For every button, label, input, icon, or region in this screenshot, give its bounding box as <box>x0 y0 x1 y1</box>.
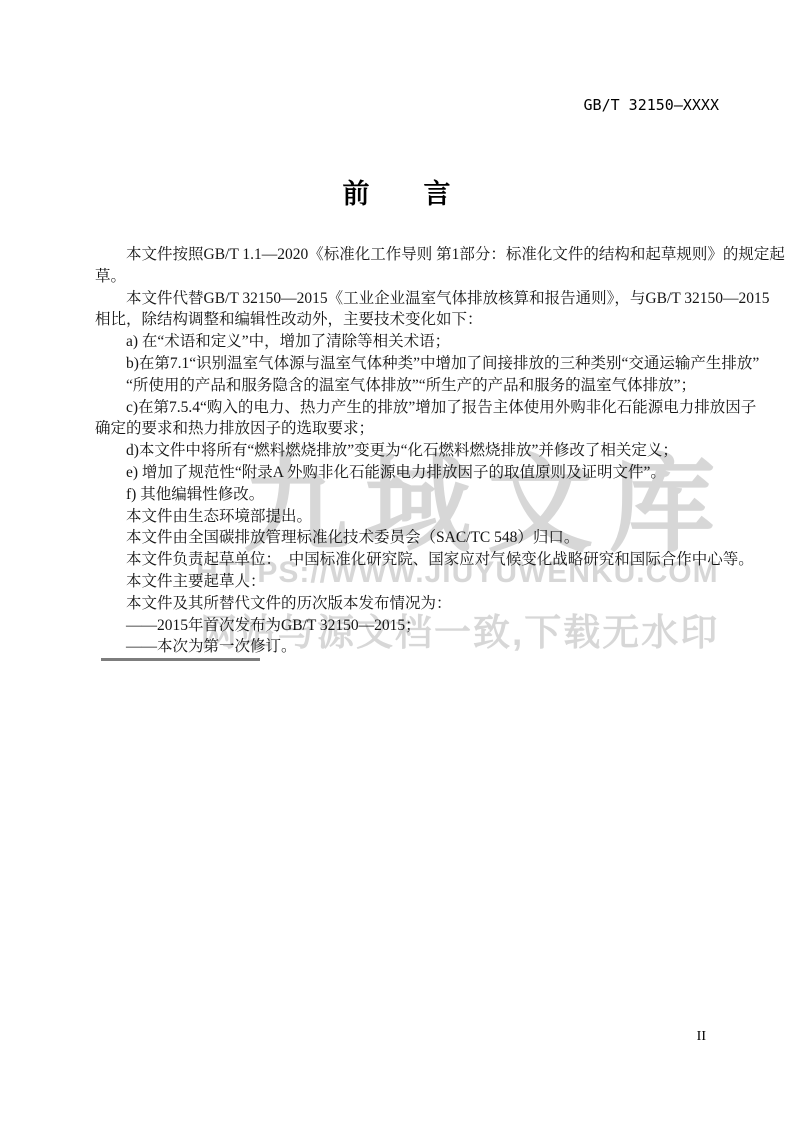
body-line: c)在第7.5.4“购入的电力、热力产生的排放”增加了报告主体使用外购非化石能源… <box>95 397 707 419</box>
body-line: a) 在“术语和定义”中，增加了清除等相关术语； <box>95 331 707 353</box>
body-line: “所使用的产品和服务隐含的温室气体排放”“所生产的产品和服务的温室气体排放”； <box>95 375 707 397</box>
body-line: 本文件由生态环境部提出。 <box>95 506 707 528</box>
body-line: ——本次为第一次修订。 <box>95 636 707 658</box>
body-line: b)在第7.1“识别温室气体源与温室气体种类”中增加了间接排放的三种类别“交通运… <box>95 353 707 375</box>
body-line: 本文件负责起草单位： 中国标准化研究院、国家应对气候变化战略研究和国际合作中心等… <box>95 549 707 571</box>
body-line: 本文件由全国碳排放管理标准化技术委员会（SAC/TC 548）归口。 <box>95 527 707 549</box>
separator-line <box>101 658 260 661</box>
body-line: 本文件主要起草人： <box>95 571 707 593</box>
content-layer: GB/T 32150—XXXX 前 言 本文件按照GB/T 1.1—2020《标… <box>0 0 793 1122</box>
document-page: 九域文库 HTTPS://WWW.JIUYUWENKU.COM 网站与源文档一致… <box>0 0 793 1122</box>
body-line: d)本文件中将所有“燃料燃烧排放”变更为“化石燃料燃烧排放”并修改了相关定义； <box>95 440 707 462</box>
body-line: f) 其他编辑性修改。 <box>95 484 707 506</box>
body-line: 本文件及其所替代文件的历次版本发布情况为： <box>95 593 707 615</box>
body-line: 相比，除结构调整和编辑性改动外，主要技术变化如下： <box>95 309 707 331</box>
body-text: 本文件按照GB/T 1.1—2020《标准化工作导则 第1部分：标准化文件的结构… <box>95 244 707 658</box>
body-line: 草。 <box>95 266 707 288</box>
standard-number-header: GB/T 32150—XXXX <box>584 96 719 114</box>
body-line: 本文件代替GB/T 32150—2015《工业企业温室气体排放核算和报告通则》，… <box>95 288 707 310</box>
body-line: 确定的要求和热力排放因子的选取要求； <box>95 418 707 440</box>
page-title: 前 言 <box>0 172 793 211</box>
body-line: ——2015年首次发布为GB/T 32150—2015； <box>95 615 707 637</box>
body-line: 本文件按照GB/T 1.1—2020《标准化工作导则 第1部分：标准化文件的结构… <box>95 244 707 266</box>
body-line: e) 增加了规范性“附录A 外购非化石能源电力排放因子的取值原则及证明文件”。 <box>95 462 707 484</box>
page-number: II <box>697 1029 706 1045</box>
